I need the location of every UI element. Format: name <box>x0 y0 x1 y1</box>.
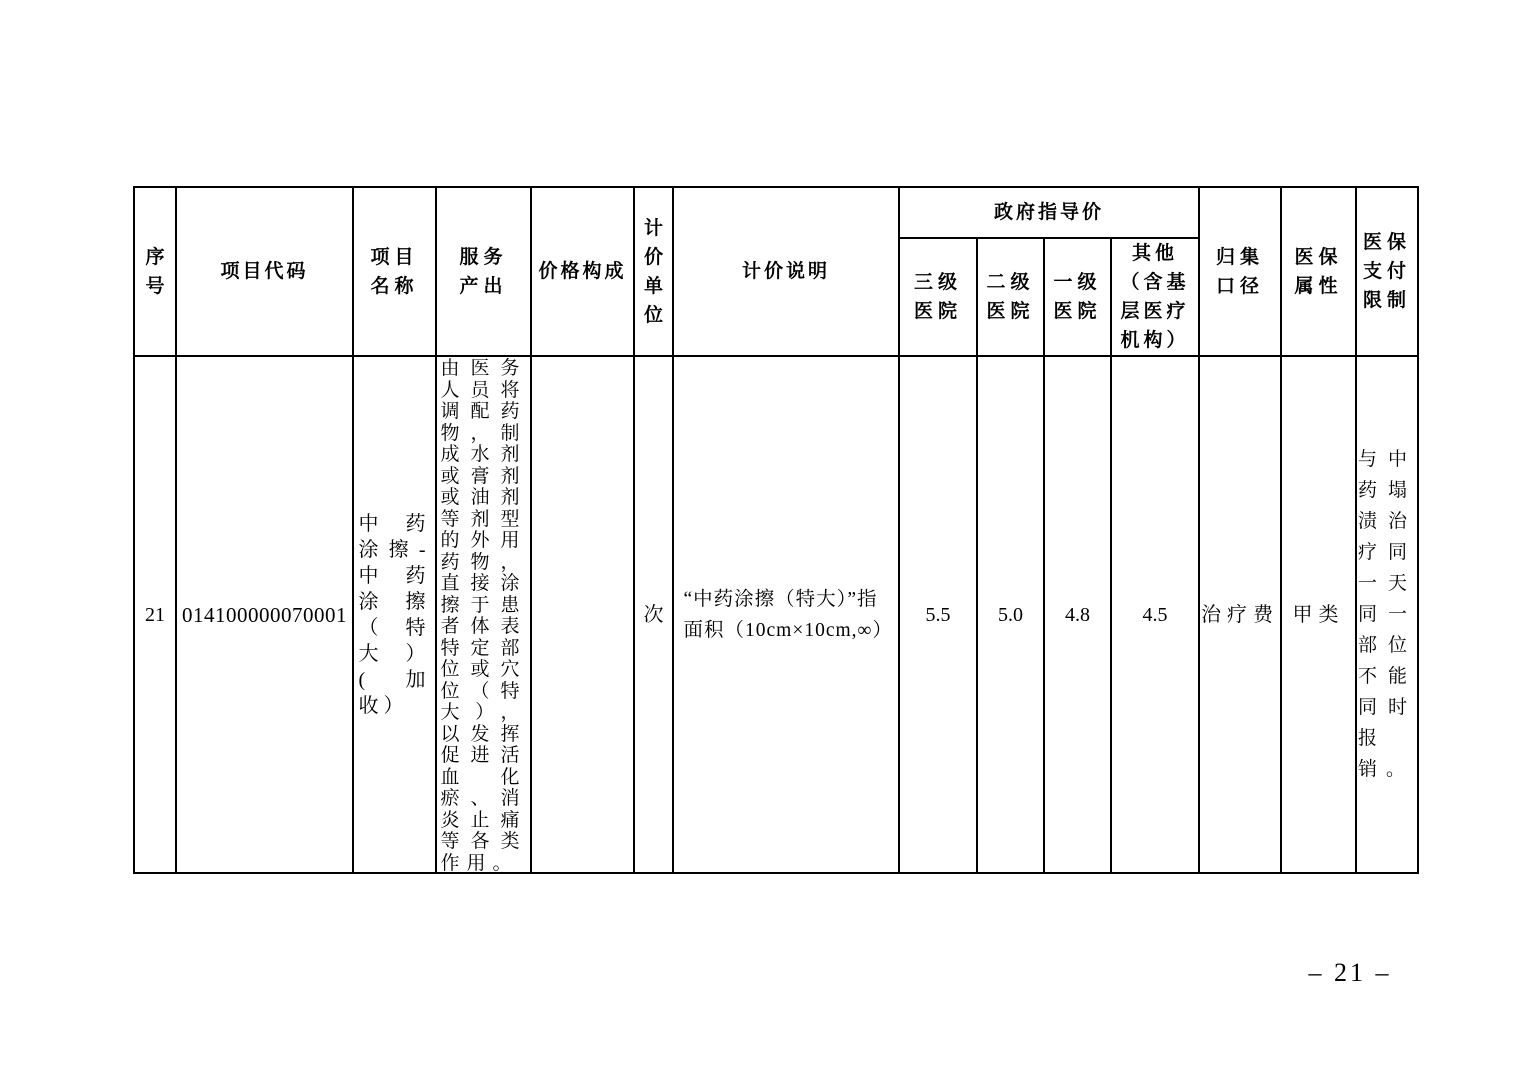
medical-pricing-table: 序号 项目代码 项目名称 服务产出 价格构成 计价单位 计价说明 政府指导价 归… <box>133 186 1419 874</box>
cell-collection-scope: 治疗费 <box>1199 356 1281 873</box>
col-header-insurance-attribute: 医保属性 <box>1281 187 1356 356</box>
col-header-tier2-hospital: 二级医院 <box>977 238 1044 356</box>
cell-item-name: 中药涂擦-中药涂擦（特大）(加收） <box>353 356 436 873</box>
col-header-item-name: 项目名称 <box>353 187 436 356</box>
cell-price-other: 4.5 <box>1111 356 1199 873</box>
col-header-pricing-note: 计价说明 <box>673 187 899 356</box>
col-header-pricing-unit: 计价单位 <box>634 187 673 356</box>
col-header-other-hospital: 其他（含基层医疗机构） <box>1111 238 1199 356</box>
cell-price-composition <box>531 356 634 873</box>
cell-item-code: 014100000070001 <box>176 356 353 873</box>
header-row-1: 序号 项目代码 项目名称 服务产出 价格构成 计价单位 计价说明 政府指导价 归… <box>134 187 1418 238</box>
cell-price-tier2: 5.0 <box>977 356 1044 873</box>
col-header-item-code: 项目代码 <box>176 187 353 356</box>
table-row: 21 014100000070001 中药涂擦-中药涂擦（特大）(加收） 由医务… <box>134 356 1418 873</box>
col-header-gov-guided-price: 政府指导价 <box>899 187 1199 238</box>
col-header-service-output: 服务产出 <box>436 187 531 356</box>
col-header-seq: 序号 <box>134 187 176 356</box>
col-header-insurance-pay-limit: 医保支付限制 <box>1356 187 1418 356</box>
col-header-price-composition: 价格构成 <box>531 187 634 356</box>
col-header-tier1-hospital: 一级医院 <box>1044 238 1111 356</box>
cell-pricing-unit: 次 <box>634 356 673 873</box>
page-number: – 21 – <box>1295 958 1405 988</box>
col-header-collection-scope: 归集口径 <box>1199 187 1281 356</box>
cell-pricing-note: “中药涂擦（特大）”指面积（10cm×10cm,∞） <box>673 356 899 873</box>
cell-price-tier3: 5.5 <box>899 356 977 873</box>
cell-service-output: 由医务人员将调配药物，制成水剂或膏剂或油剂等剂型的外用药物，直接涂擦于患者体表特… <box>436 356 531 873</box>
cell-insurance-pay-limit: 与中药塌渍治疗同一天同一部位不能同时报销。 <box>1356 356 1418 873</box>
cell-seq: 21 <box>134 356 176 873</box>
cell-insurance-attribute: 甲类 <box>1281 356 1356 873</box>
cell-price-tier1: 4.8 <box>1044 356 1111 873</box>
col-header-tier3-hospital: 三级医院 <box>899 238 977 356</box>
